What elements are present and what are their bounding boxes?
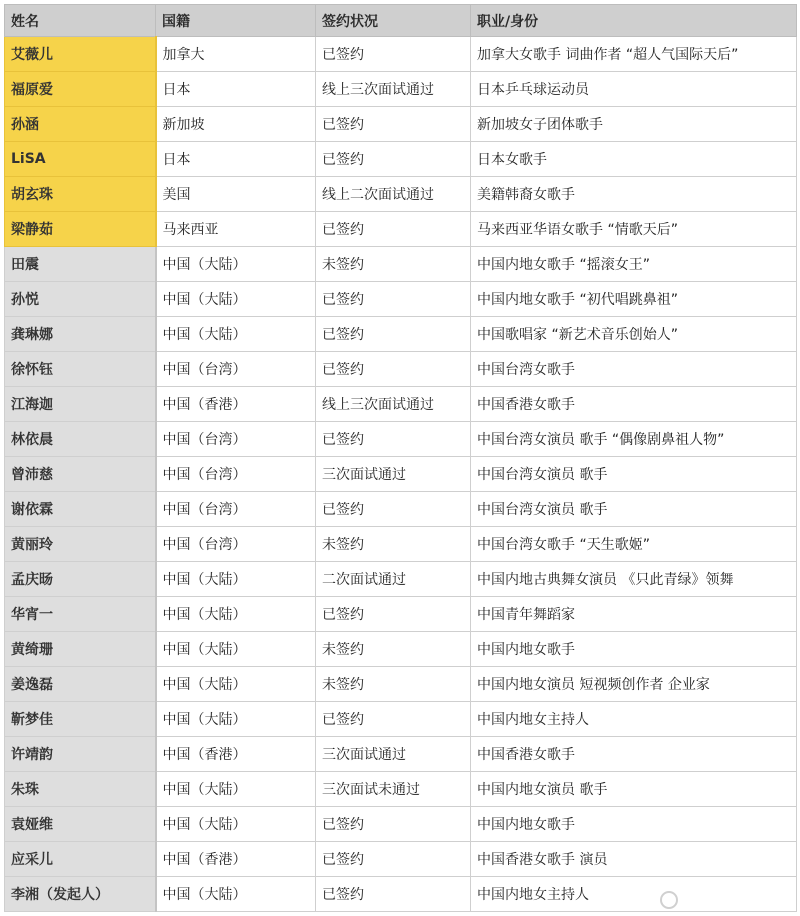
cell-nationality: 美国 <box>156 177 316 212</box>
cell-occupation: 日本乒乓球运动员 <box>471 72 797 107</box>
cell-status: 已签约 <box>316 597 471 632</box>
table-row: 孟庆旸中国（大陆）二次面试通过中国内地古典舞女演员 《只此青绿》领舞 <box>5 562 797 597</box>
cell-name: 靳梦佳 <box>5 702 156 737</box>
cell-status: 已签约 <box>316 492 471 527</box>
header-name: 姓名 <box>5 5 156 37</box>
cell-name: 许靖韵 <box>5 737 156 772</box>
table-row: 黄绮珊中国（大陆）未签约中国内地女歌手 <box>5 632 797 667</box>
table-row: 靳梦佳中国（大陆）已签约中国内地女主持人 <box>5 702 797 737</box>
table-row: 徐怀钰中国（台湾）已签约中国台湾女歌手 <box>5 352 797 387</box>
cell-occupation: 中国香港女歌手 演员 <box>471 842 797 877</box>
cell-status: 已签约 <box>316 317 471 352</box>
cell-name: 江海迦 <box>5 387 156 422</box>
cell-nationality: 加拿大 <box>156 37 316 72</box>
table-row: 胡玄珠美国线上二次面试通过美籍韩裔女歌手 <box>5 177 797 212</box>
cell-name: 林依晨 <box>5 422 156 457</box>
cell-status: 未签约 <box>316 527 471 562</box>
cell-nationality: 马来西亚 <box>156 212 316 247</box>
cell-status: 二次面试通过 <box>316 562 471 597</box>
cell-occupation: 中国台湾女歌手 “天生歌姬” <box>471 527 797 562</box>
cell-occupation: 日本女歌手 <box>471 142 797 177</box>
weibo-icon <box>660 891 678 909</box>
cell-nationality: 中国（大陆） <box>156 317 316 352</box>
cell-occupation: 加拿大女歌手 词曲作者 “超人气国际天后” <box>471 37 797 72</box>
cell-nationality: 中国（香港） <box>156 737 316 772</box>
table-row: 袁娅维中国（大陆）已签约中国内地女歌手 <box>5 807 797 842</box>
cell-occupation: 中国内地女演员 短视频创作者 企业家 <box>471 667 797 702</box>
cell-name: 梁静茹 <box>5 212 156 247</box>
cell-status: 已签约 <box>316 212 471 247</box>
table-row: 曾沛慈中国（台湾）三次面试通过中国台湾女演员 歌手 <box>5 457 797 492</box>
cell-occupation: 中国台湾女演员 歌手 <box>471 457 797 492</box>
cell-status: 已签约 <box>316 807 471 842</box>
cell-name: 李湘（发起人） <box>5 877 156 912</box>
cell-occupation: 中国香港女歌手 <box>471 387 797 422</box>
cell-name: 艾薇儿 <box>5 37 156 72</box>
cell-occupation: 中国内地女歌手 “初代唱跳鼻祖” <box>471 282 797 317</box>
table-row: 孙悦中国（大陆）已签约中国内地女歌手 “初代唱跳鼻祖” <box>5 282 797 317</box>
table-row: 黄丽玲中国（台湾）未签约中国台湾女歌手 “天生歌姬” <box>5 527 797 562</box>
cell-status: 线上二次面试通过 <box>316 177 471 212</box>
cell-name: 应采儿 <box>5 842 156 877</box>
table-row: 华宵一中国（大陆）已签约中国青年舞蹈家 <box>5 597 797 632</box>
cell-status: 线上三次面试通过 <box>316 72 471 107</box>
table-row: 孙涵新加坡已签约新加坡女子团体歌手 <box>5 107 797 142</box>
table-row: 龚琳娜中国（大陆）已签约中国歌唱家 “新艺术音乐创始人” <box>5 317 797 352</box>
cell-nationality: 中国（香港） <box>156 842 316 877</box>
cell-nationality: 中国（大陆） <box>156 632 316 667</box>
cell-name: 孟庆旸 <box>5 562 156 597</box>
cell-nationality: 日本 <box>156 142 316 177</box>
cell-status: 已签约 <box>316 107 471 142</box>
cell-nationality: 中国（台湾） <box>156 352 316 387</box>
cell-status: 未签约 <box>316 632 471 667</box>
header-status: 签约状况 <box>316 5 471 37</box>
cell-status: 已签约 <box>316 877 471 912</box>
cell-occupation: 中国内地女歌手 <box>471 807 797 842</box>
table-row: 福原爱日本线上三次面试通过日本乒乓球运动员 <box>5 72 797 107</box>
cell-status: 未签约 <box>316 667 471 702</box>
cell-name: 孙悦 <box>5 282 156 317</box>
cell-nationality: 中国（大陆） <box>156 807 316 842</box>
cell-name: 孙涵 <box>5 107 156 142</box>
cell-name: 田震 <box>5 247 156 282</box>
cell-name: 徐怀钰 <box>5 352 156 387</box>
cell-status: 已签约 <box>316 842 471 877</box>
cell-nationality: 中国（台湾） <box>156 492 316 527</box>
cell-occupation: 中国台湾女演员 歌手 <box>471 492 797 527</box>
cell-nationality: 中国（大陆） <box>156 667 316 702</box>
cell-nationality: 中国（大陆） <box>156 562 316 597</box>
cell-status: 已签约 <box>316 282 471 317</box>
cell-name: 袁娅维 <box>5 807 156 842</box>
cell-name: 胡玄珠 <box>5 177 156 212</box>
roster-table: 姓名 国籍 签约状况 职业/身份 艾薇儿加拿大已签约加拿大女歌手 词曲作者 “超… <box>4 4 797 912</box>
cell-name: LiSA <box>5 142 156 177</box>
cell-nationality: 中国（大陆） <box>156 282 316 317</box>
table-row: 林依晨中国（台湾）已签约中国台湾女演员 歌手 “偶像剧鼻祖人物” <box>5 422 797 457</box>
table-row: 艾薇儿加拿大已签约加拿大女歌手 词曲作者 “超人气国际天后” <box>5 37 797 72</box>
cell-name: 姜逸磊 <box>5 667 156 702</box>
cell-name: 黄丽玲 <box>5 527 156 562</box>
cell-occupation: 马来西亚华语女歌手 “情歌天后” <box>471 212 797 247</box>
cell-nationality: 中国（台湾） <box>156 422 316 457</box>
table-row: 田震中国（大陆）未签约中国内地女歌手 “摇滚女王” <box>5 247 797 282</box>
cell-status: 三次面试通过 <box>316 457 471 492</box>
cell-nationality: 日本 <box>156 72 316 107</box>
cell-nationality: 中国（大陆） <box>156 877 316 912</box>
cell-status: 未签约 <box>316 247 471 282</box>
table-row: LiSA日本已签约日本女歌手 <box>5 142 797 177</box>
table-row: 江海迦中国（香港）线上三次面试通过中国香港女歌手 <box>5 387 797 422</box>
cell-nationality: 中国（香港） <box>156 387 316 422</box>
cell-occupation: 中国内地古典舞女演员 《只此青绿》领舞 <box>471 562 797 597</box>
cell-nationality: 中国（大陆） <box>156 247 316 282</box>
cell-occupation: 中国香港女歌手 <box>471 737 797 772</box>
table-body: 艾薇儿加拿大已签约加拿大女歌手 词曲作者 “超人气国际天后”福原爱日本线上三次面… <box>5 37 797 912</box>
cell-status: 线上三次面试通过 <box>316 387 471 422</box>
cell-status: 已签约 <box>316 37 471 72</box>
cell-nationality: 新加坡 <box>156 107 316 142</box>
cell-nationality: 中国（大陆） <box>156 597 316 632</box>
cell-occupation: 中国歌唱家 “新艺术音乐创始人” <box>471 317 797 352</box>
cell-nationality: 中国（大陆） <box>156 702 316 737</box>
table-row: 姜逸磊中国（大陆）未签约中国内地女演员 短视频创作者 企业家 <box>5 667 797 702</box>
cell-status: 已签约 <box>316 352 471 387</box>
cell-name: 谢依霖 <box>5 492 156 527</box>
cell-status: 已签约 <box>316 142 471 177</box>
cell-nationality: 中国（台湾） <box>156 527 316 562</box>
header-nationality: 国籍 <box>156 5 316 37</box>
cell-status: 三次面试未通过 <box>316 772 471 807</box>
cell-occupation: 新加坡女子团体歌手 <box>471 107 797 142</box>
table-row: 谢依霖中国（台湾）已签约中国台湾女演员 歌手 <box>5 492 797 527</box>
cell-occupation: 中国内地女歌手 “摇滚女王” <box>471 247 797 282</box>
header-row: 姓名 国籍 签约状况 职业/身份 <box>5 5 797 37</box>
table-row: 梁静茹马来西亚已签约马来西亚华语女歌手 “情歌天后” <box>5 212 797 247</box>
cell-occupation: 中国台湾女演员 歌手 “偶像剧鼻祖人物” <box>471 422 797 457</box>
header-occupation: 职业/身份 <box>471 5 797 37</box>
cell-nationality: 中国（大陆） <box>156 772 316 807</box>
cell-status: 三次面试通过 <box>316 737 471 772</box>
cell-status: 已签约 <box>316 702 471 737</box>
cell-name: 黄绮珊 <box>5 632 156 667</box>
cell-occupation: 中国内地女歌手 <box>471 632 797 667</box>
cell-status: 已签约 <box>316 422 471 457</box>
cell-name: 福原爱 <box>5 72 156 107</box>
cell-occupation: 中国台湾女歌手 <box>471 352 797 387</box>
cell-name: 曾沛慈 <box>5 457 156 492</box>
table-row: 应采儿中国（香港）已签约中国香港女歌手 演员 <box>5 842 797 877</box>
cell-name: 朱珠 <box>5 772 156 807</box>
table-row: 朱珠中国（大陆）三次面试未通过中国内地女演员 歌手 <box>5 772 797 807</box>
cell-occupation: 中国内地女演员 歌手 <box>471 772 797 807</box>
cell-occupation: 美籍韩裔女歌手 <box>471 177 797 212</box>
cell-nationality: 中国（台湾） <box>156 457 316 492</box>
cell-name: 龚琳娜 <box>5 317 156 352</box>
table-row: 许靖韵中国（香港）三次面试通过中国香港女歌手 <box>5 737 797 772</box>
cell-occupation: 中国内地女主持人 <box>471 702 797 737</box>
cell-occupation: 中国青年舞蹈家 <box>471 597 797 632</box>
cell-name: 华宵一 <box>5 597 156 632</box>
